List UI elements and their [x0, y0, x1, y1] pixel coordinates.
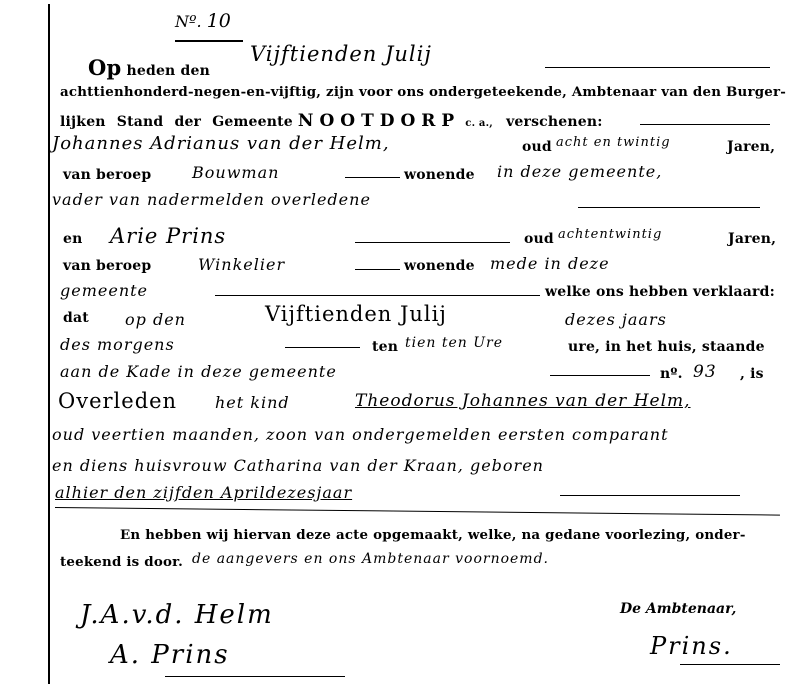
oud-label: oud	[524, 231, 554, 247]
handwritten-death-date: Vijftienden Julij	[265, 302, 447, 326]
fill-line	[355, 269, 400, 270]
handwritten-gemeente: gemeente	[60, 281, 148, 300]
number-label: Nº.	[175, 12, 202, 31]
welke-verklaard: welke ons hebben verklaard:	[545, 284, 775, 300]
handwritten-relation: vader van nadermelden overledene	[52, 190, 371, 209]
heden-den: heden den	[126, 63, 210, 79]
fill-line	[545, 67, 770, 68]
ten-label: ten	[372, 339, 398, 355]
verschenen: verschenen:	[506, 114, 603, 130]
signature-official: Prins.	[650, 632, 733, 660]
van-beroep-label: van beroep	[63, 167, 151, 183]
op-word: Op	[88, 55, 121, 80]
closing-rule	[55, 507, 780, 516]
fill-line	[285, 347, 360, 348]
town-name: NOOTDORP	[298, 111, 460, 131]
handwritten-father-name: Johannes Adrianus van der Helm,	[52, 133, 390, 154]
number-value: 10	[207, 10, 231, 32]
handwritten-mother: en diens huisvrouw Catharina van der Kra…	[52, 456, 544, 475]
handwritten-witness-age: achtentwintig	[558, 227, 662, 242]
line-year: achttienhonderd-negen-en-vijftig, zijn v…	[60, 84, 786, 100]
handwritten-birth-info: alhier den zijfden Aprildezesjaar	[55, 483, 352, 502]
wonende-label: wonende	[404, 258, 475, 274]
handwritten-des-morgens: des morgens	[60, 335, 175, 354]
handwritten-overleden: Overleden	[58, 389, 177, 413]
number-underline	[175, 40, 243, 42]
handwritten-het-kind: het kind	[215, 393, 290, 412]
handwritten-age-parentage: oud veertien maanden, zoon van ondergeme…	[52, 425, 669, 444]
ure-in-het-huis: ure, in het huis, staande	[568, 339, 765, 355]
fill-line	[560, 495, 740, 496]
house-number: 93	[693, 362, 717, 382]
handwritten-date: Vijftienden Julij	[250, 42, 432, 66]
wonende-label: wonende	[404, 167, 475, 183]
fill-line	[345, 177, 400, 178]
number-label: nº.	[660, 366, 683, 382]
fill-line	[355, 242, 510, 243]
official-label: De Ambtenaar,	[620, 601, 736, 617]
signature-witness: A. Prins	[110, 640, 230, 670]
handwritten-father-occupation: Bouwman	[192, 163, 279, 182]
handwritten-address: aan de Kade in deze gemeente	[60, 362, 337, 381]
handwritten-father-age: acht en twintig	[556, 135, 671, 150]
handwritten-deceased-name: Theodorus Johannes van der Helm,	[355, 391, 691, 411]
handwritten-op-den: op den	[125, 310, 186, 329]
jaren-label: Jaren,	[727, 139, 775, 155]
handwritten-signatories: de aangevers en ons Ambtenaar voornoemd.	[192, 551, 549, 567]
signature-underline	[165, 676, 345, 677]
fill-line	[640, 124, 770, 125]
handwritten-witness-residence: mede in deze	[490, 254, 610, 273]
handwritten-witness-name: Arie Prins	[110, 224, 226, 248]
record-number: Nº. 10	[175, 10, 231, 32]
en-label: en	[63, 231, 83, 247]
dat-label: dat	[63, 310, 89, 326]
line-op-heden: Op heden den	[88, 55, 210, 80]
closing-text-line1: En hebben wij hiervan deze acte opgemaak…	[120, 527, 746, 543]
signature-father: J.A.v.d. Helm	[80, 600, 274, 630]
handwritten-father-residence: in deze gemeente,	[497, 162, 662, 181]
handwritten-witness-occupation: Winkelier	[198, 255, 285, 274]
burgerlijke-stand: lijken Stand der Gemeente	[60, 114, 293, 130]
fill-line	[550, 375, 650, 376]
signature-underline	[680, 664, 780, 665]
handwritten-dezes-jaars: dezes jaars	[565, 310, 667, 329]
closing-text-line2: teekend is door.	[60, 554, 183, 570]
line-gemeente: lijken Stand der Gemeente NOOTDORP c. a.…	[60, 111, 603, 131]
margin-line	[48, 4, 50, 684]
fill-line	[215, 295, 540, 296]
is-label: , is	[740, 366, 764, 382]
ca-abbrev: c. a.,	[465, 118, 493, 129]
van-beroep-label: van beroep	[63, 258, 151, 274]
death-record-page: Nº. 10 Op heden den Vijftienden Julij ac…	[0, 0, 800, 700]
oud-label: oud	[522, 139, 552, 155]
jaren-label: Jaren,	[728, 231, 776, 247]
handwritten-time: tien ten Ure	[405, 335, 503, 351]
fill-line	[578, 207, 760, 208]
